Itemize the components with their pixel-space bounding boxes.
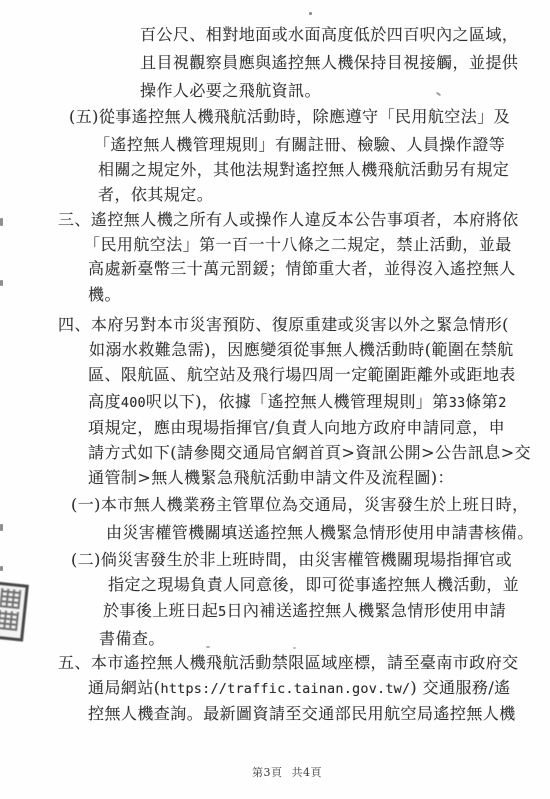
text-line: 「遙控無人機管理規則」有關註冊、檢驗、人員操作證等: [94, 134, 505, 155]
scan-edge-artifact: [0, 524, 3, 531]
text-line: 者，依其規定。: [98, 184, 213, 205]
text-line: 由災害權管機關填送遙控無人機緊急情形使用申請書核備。: [106, 522, 534, 543]
scan-edge-artifact: [0, 566, 3, 571]
scan-speck: [293, 647, 296, 649]
page-number-label: 第3頁: [252, 766, 283, 779]
scan-speck: [436, 92, 441, 97]
text-line: 高處新臺幣三十萬元罰鍰；情節重大者，並得沒入遙控無人: [88, 258, 516, 279]
text-line: 項規定，應由現場指揮官/負責人向地方政府申請同意，申: [88, 417, 505, 438]
document-page: 百公尺、相對地面或水面高度低於四百呎內之區域，且目視觀察員應與遙控無人機保持目視…: [0, 0, 550, 799]
text-line: 於事後上班日起5日內補送遙控無人機緊急情形使用申請: [103, 600, 506, 623]
text-line: 請方式如下(請參閱交通局官網首頁>資訊公開>公告訊息>交: [88, 442, 531, 463]
seal-character-bottom: [0, 610, 19, 631]
text-line: 機。: [88, 284, 121, 305]
scan-speck: [309, 12, 312, 15]
text-line: 四、本府另對本市災害預防、復原重建或災害以外之緊急情形(: [58, 314, 509, 335]
text-line: 五、本市遙控無人機飛航活動禁限區域座標，請至臺南市政府交: [58, 652, 519, 673]
text-line: 百公尺、相對地面或水面高度低於四百呎內之區域，: [140, 24, 518, 45]
text-line: 書備查。: [99, 628, 165, 649]
text-line: (五)從事遙控無人機飛航活動時，除應遵守「民用航空法」及: [69, 106, 510, 127]
text-line: 操作人必要之飛航資訊。: [140, 80, 321, 101]
text-line: 相關之規定外，其他法規對遙控無人機飛航活動另有規定: [98, 159, 509, 180]
text-line: 三、遙控無人機之所有人或操作人違反本公告事項者，本府將依: [58, 209, 519, 230]
binding-seal-stamp: [0, 581, 29, 641]
scan-edge-artifact: [0, 280, 3, 286]
text-line: 「民用航空法」第一百一十八條之二規定，禁止活動，並最: [84, 234, 512, 255]
text-line: 區、限航區、航空站及飛行場四周一定範圍距離外或距地表: [88, 364, 516, 385]
text-line: (一)本市無人機業務主管單位為交通局，災害發生於上班日時，: [71, 494, 529, 515]
text-line: 通管制>無人機緊急飛航活動申請文件及流程圖)：: [88, 467, 454, 488]
scan-speck: [206, 646, 210, 648]
text-line: 控無人機查詢。最新圖資請至交通部民用航空局遙控無人機: [88, 703, 516, 724]
text-line: 且目視觀察員應與遙控無人機保持目視接觸，並提供: [140, 52, 518, 73]
page-total-label: 共4頁: [292, 766, 323, 779]
text-line: 指定之現場負責人同意後，即可從事遙控無人機活動，並: [108, 574, 519, 595]
text-line: 如溺水救難急需)，因應變須從事無人機活動時(範圍在禁航: [89, 339, 514, 360]
seal-character-top: [0, 588, 21, 609]
text-line: 高度400呎以下)，依據「遙控無人機管理規則」第33條第2: [88, 391, 507, 414]
text-line: (二)倘災害發生於非上班時間，由災害權管機關現場指揮官或: [71, 549, 512, 570]
text-line: 通局網站(https://traffic.tainan.gov.tw/) 交通服…: [88, 677, 511, 700]
page-footer: 第3頁共4頁: [252, 764, 331, 780]
scan-edge-artifact: [0, 218, 3, 226]
